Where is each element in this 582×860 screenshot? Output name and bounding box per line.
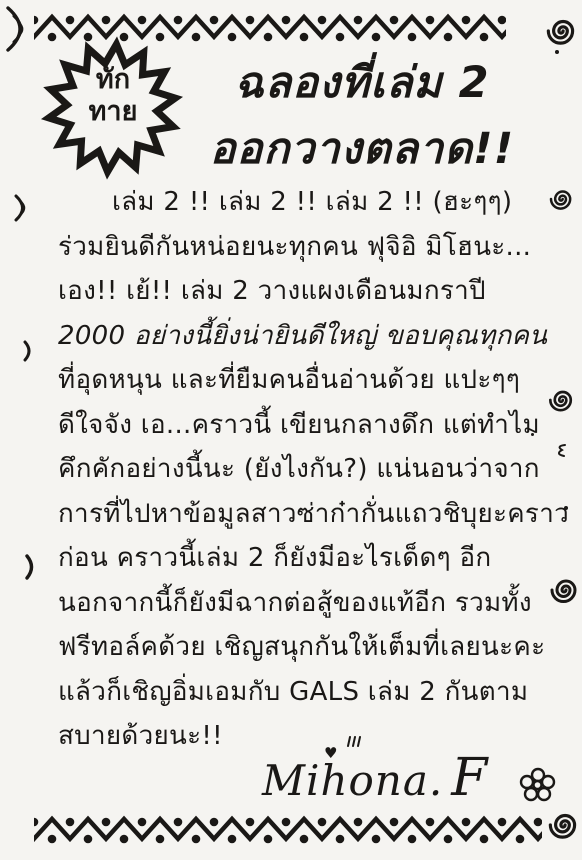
title-line-2: ออกวางตลาด!! (176, 116, 548, 182)
signature: ♥ Mihona. F (262, 748, 552, 820)
arc-doodle-icon (25, 554, 37, 580)
body-text: เล่ม 2 !! เล่ม 2 !! เล่ม 2 !! (ฮะๆๆ) ร่ว… (58, 180, 526, 759)
spiral-icon (546, 184, 576, 214)
manga-greeting-page: ทัก ทาย ฉลองที่เล่ม 2 ออกวางตลาด!! เล่ม … (0, 0, 582, 860)
body-line: ร่วมยินดีกันหน่อยนะทุกคน ฟุจิอิ มิโฮนะ..… (58, 225, 526, 270)
body-line: เอง!! เย้!! เล่ม 2 วางแผงเดือนมกราปี (58, 269, 526, 314)
body-line: ที่อุดหนุน และที่ยืมคนอื่นอ่านด้วย แปะๆๆ (58, 358, 526, 403)
squiggle-icon (552, 442, 568, 460)
arc-doodle-icon (14, 194, 34, 222)
title-line-1: ฉลองที่เล่ม 2 (176, 50, 548, 116)
tick-marks-icon (346, 736, 362, 748)
burst-word-bottom: ทาย (89, 96, 138, 128)
arc-doodle-icon (23, 340, 35, 362)
body-line: แล้วก็เชิญอิ่มเอมกับ GALS เล่ม 2 กันตาม (58, 670, 526, 715)
flower-icon (518, 766, 558, 806)
body-line: นอกจากนี้ก็ยังมีฉากต่อสู้ของแท้อีก รวมทั… (58, 581, 526, 626)
body-line: การที่ไปหาข้อมูลสาวซ่าก๋ากั่นแถวชิบุยะคร… (58, 492, 526, 537)
arc-doodle-icon (6, 6, 38, 52)
body-line: คึกคักอย่างนี้นะ (ยังไงกัน?) แน่นอนว่าจา… (58, 447, 526, 492)
greeting-burst: ทัก ทาย (44, 40, 182, 152)
heart-icon: ♥ (324, 744, 337, 762)
body-line: 2000 อย่างนี้ยิ่งน่ายินดีใหญ่ ขอบคุณทุกค… (58, 314, 526, 359)
body-line: ฟรีทอล์คด้วย เชิญสนุกกันให้เต็มที่เลยนะค… (58, 625, 526, 670)
ink-speck (555, 50, 559, 54)
burst-word-top: ทัก (96, 64, 130, 96)
page-title: ฉลองที่เล่ม 2 ออกวางตลาด!! (176, 50, 548, 182)
signature-name: Mihona. (262, 756, 443, 805)
spiral-icon (542, 12, 580, 50)
body-line: ดีใจจัง เอ...คราวนี้ เขียนกลางดึก แต่ทำไ… (58, 403, 526, 448)
spiral-icon (546, 572, 582, 608)
spiral-icon (545, 384, 577, 416)
body-line: ก่อน คราวนี้เล่ม 2 ก็ยังมีอะไรเด็ดๆ อีก (58, 536, 526, 581)
signature-initial: F (451, 748, 487, 808)
body-line: เล่ม 2 !! เล่ม 2 !! เล่ม 2 !! (ฮะๆๆ) (58, 180, 526, 225)
